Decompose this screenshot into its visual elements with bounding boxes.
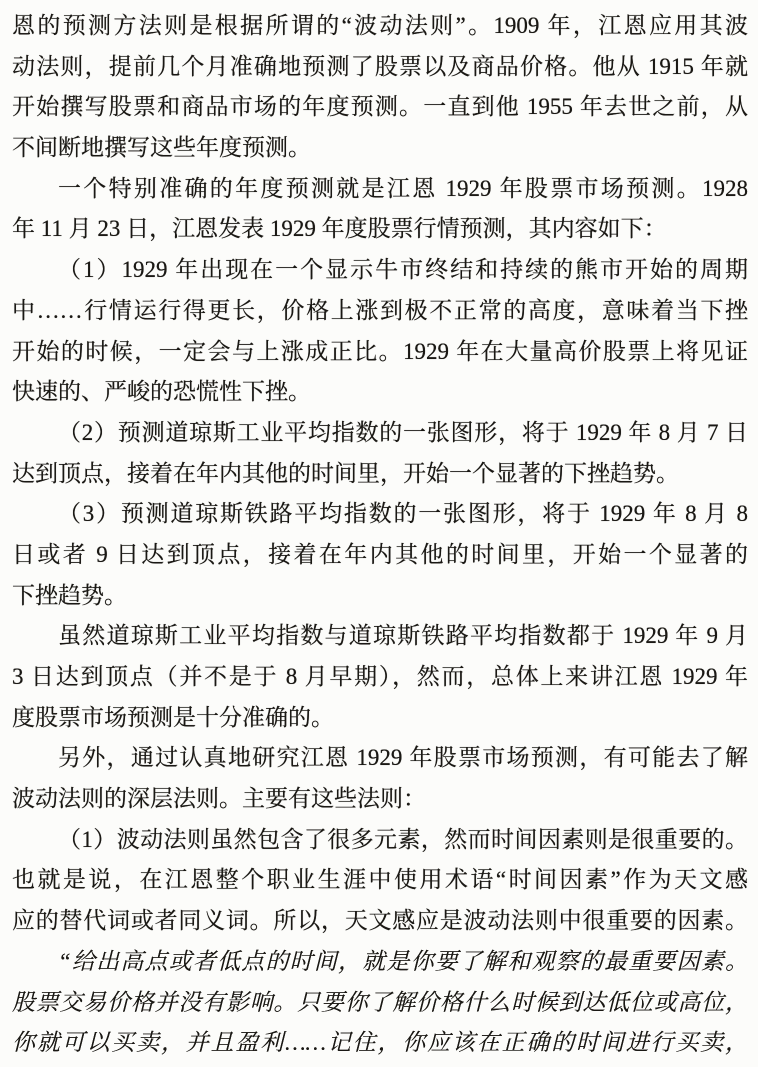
- body-text-line: 达到顶点，接着在年内其他的时间里，开始一个显著的下挫趋势。: [12, 454, 748, 495]
- body-text-line: 3 日达到顶点（并不是于 8 月早期），然而，总体上来讲江恩 1929 年: [12, 657, 748, 698]
- body-text-line: 不间断地撰写这些年度预测。: [12, 128, 748, 169]
- body-text-line: 恩的预测方法则是根据所谓的“波动法则”。1909 年，江恩应用其波: [12, 6, 748, 47]
- body-text-line: 开始的时候，一定会与上涨成正比。1929 年在大量高价股票上将见证: [12, 332, 748, 373]
- body-text-line: 快速的、严峻的恐慌性下挫。: [12, 372, 748, 413]
- body-text-line: 虽然道琼斯工业平均指数与道琼斯铁路平均指数都于 1929 年 9 月: [12, 616, 748, 657]
- body-text-line: （3）预测道琼斯铁路平均指数的一张图形，将于 1929 年 8 月 8: [12, 494, 748, 535]
- body-text-line: 下挫趋势。: [12, 576, 748, 617]
- quote-text-line: 股票交易价格并没有影响。只要你了解价格什么时候到达低位或高位，: [12, 983, 748, 1024]
- quote-text-line: “给出高点或者低点的时间，就是你要了解和观察的最重要因素。: [12, 942, 748, 983]
- page-text-block: 恩的预测方法则是根据所谓的“波动法则”。1909 年，江恩应用其波动法则，提前几…: [12, 6, 748, 1064]
- body-text-line: 也就是说，在江恩整个职业生涯中使用术语“时间因素”作为天文感: [12, 860, 748, 901]
- body-text-line: 动法则，提前几个月准确地预测了股票以及商品价格。他从 1915 年就: [12, 47, 748, 88]
- body-text-line: 应的替代词或者同义词。所以，天文感应是波动法则中很重要的因素。: [12, 901, 748, 942]
- body-text-line: 开始撰写股票和商品市场的年度预测。一直到他 1955 年去世之前，从: [12, 87, 748, 128]
- body-text-line: （1）1929 年出现在一个显示牛市终结和持续的熊市开始的周期: [12, 250, 748, 291]
- body-text-line: 中……行情运行得更长，价格上涨到极不正常的高度，意味着当下挫: [12, 291, 748, 332]
- body-text-line: 度股票市场预测是十分准确的。: [12, 698, 748, 739]
- body-text-line: 另外，通过认真地研究江恩 1929 年股票市场预测，有可能去了解: [12, 738, 748, 779]
- body-text-line: （1）波动法则虽然包含了很多元素，然而时间因素则是很重要的。: [12, 820, 748, 861]
- body-text-line: （2）预测道琼斯工业平均指数的一张图形，将于 1929 年 8 月 7 日: [12, 413, 748, 454]
- body-text-line: 一个特别准确的年度预测就是江恩 1929 年股票市场预测。1928: [12, 169, 748, 210]
- body-text-line: 波动法则的深层法则。主要有这些法则：: [12, 779, 748, 820]
- document-page: 恩的预测方法则是根据所谓的“波动法则”。1909 年，江恩应用其波动法则，提前几…: [0, 0, 758, 1067]
- quote-text-line: 你就可以买卖，并且盈利……记住，你应该在正确的时间进行买卖，: [12, 1023, 748, 1064]
- body-text-line: 日或者 9 日达到顶点，接着在年内其他的时间里，开始一个显著的: [12, 535, 748, 576]
- body-text-line: 年 11 月 23 日，江恩发表 1929 年度股票行情预测，其内容如下：: [12, 209, 748, 250]
